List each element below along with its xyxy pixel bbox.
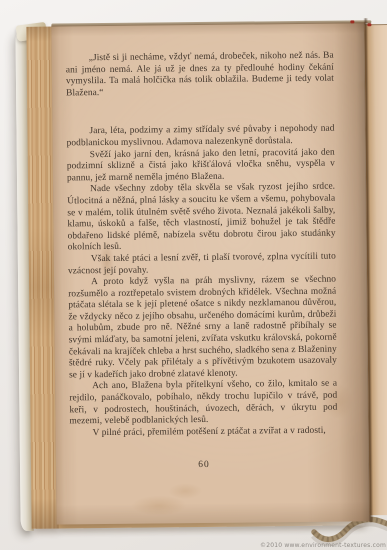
- paragraph: Ach ano, Blažena byla přítelkyní všeho, …: [69, 379, 337, 428]
- watermark-text: ©2010 www.environment-textures.com: [260, 542, 386, 549]
- book-page: „Jistě si ji necháme, vždyť nemá, drobeč…: [51, 22, 370, 524]
- headband-stitch: [367, 23, 371, 26]
- page-stain: [131, 495, 186, 516]
- paragraph: „Jistě si ji necháme, vždyť nemá, drobeč…: [66, 51, 334, 100]
- paragraph: A proto když vyšla na práh myslivny, ráz…: [68, 275, 337, 382]
- paragraph: V pilné práci, přemilém potěšení z ptáča…: [70, 425, 338, 439]
- page-stain: [168, 483, 202, 499]
- paragraph: Jara, léta, podzimy a zimy střídaly své …: [66, 124, 334, 150]
- headband-stitch: [350, 20, 354, 23]
- book: „Jistě si ji necháme, vždyť nemá, drobeč…: [13, 16, 387, 532]
- page-text-block: „Jistě si ji necháme, vždyť nemá, drobeč…: [66, 51, 338, 440]
- paragraph: Svěží jako jarní den, krásná jako den le…: [67, 147, 335, 185]
- paragraph: Však také ptáci a lesní zvěř, ti plaší t…: [68, 252, 336, 278]
- page-number: 60: [70, 459, 338, 472]
- paragraph: Nade všechny zdoby těla skvěla se však r…: [67, 182, 336, 254]
